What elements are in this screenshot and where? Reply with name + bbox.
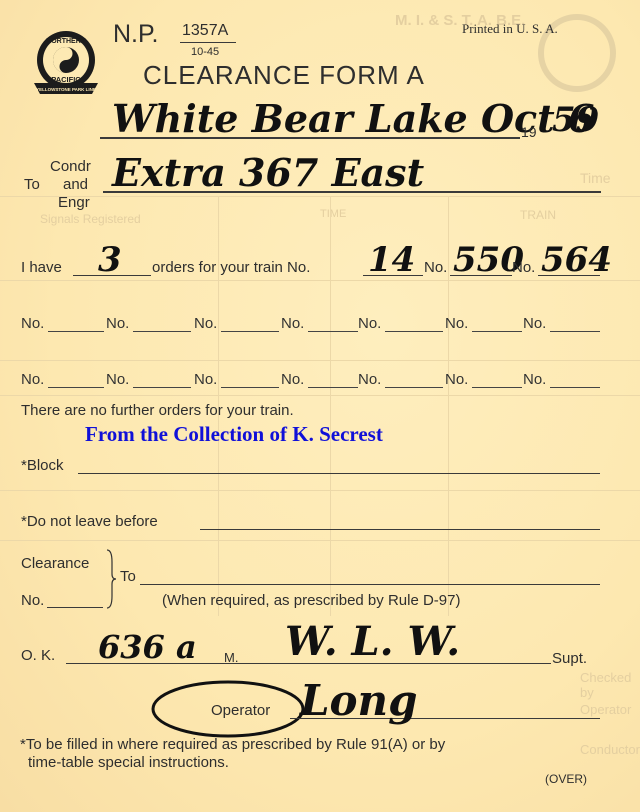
form-title: CLEARANCE FORM A: [143, 60, 425, 91]
clearance-no-label: No.: [21, 592, 44, 609]
order-blank[interactable]: [550, 331, 600, 332]
brace-icon: [104, 548, 118, 610]
no-label: No.: [281, 371, 304, 388]
ghost-train: TRAIN: [520, 208, 556, 222]
no-label: No.: [21, 371, 44, 388]
rule-d97-note: (When required, as prescribed by Rule D-…: [162, 592, 460, 609]
no-label: No.: [445, 371, 468, 388]
block-label: *Block: [21, 457, 64, 474]
order-blank[interactable]: [550, 387, 600, 388]
order-blank[interactable]: [133, 331, 191, 332]
ok-label: O. K.: [21, 647, 55, 664]
order-blank[interactable]: [221, 387, 279, 388]
svg-text:YELLOWSTONE PARK LINE: YELLOWSTONE PARK LINE: [36, 87, 96, 92]
clearance-label: Clearance: [21, 555, 89, 572]
no-label: No.: [445, 315, 468, 332]
order-blank[interactable]: [385, 387, 443, 388]
operator-signature-handwritten[interactable]: Long: [300, 676, 417, 725]
order-blank[interactable]: [308, 387, 358, 388]
no-label: No.: [194, 371, 217, 388]
clearance-to-label: To: [120, 568, 136, 585]
ghost-checked: Checked by: [580, 670, 640, 700]
printed-in-usa: Printed in U. S. A.: [462, 21, 558, 37]
no-label: No.: [106, 371, 129, 388]
and-label: and: [63, 176, 88, 193]
order-blank[interactable]: [308, 331, 358, 332]
ghost-signals: Signals Registered: [40, 212, 141, 226]
year-prefix: 19: [521, 124, 537, 140]
no-label-2: No.: [424, 259, 447, 276]
supt-initials-handwritten[interactable]: W. L. W.: [285, 618, 460, 665]
no-label: No.: [21, 315, 44, 332]
no-label: No.: [106, 315, 129, 332]
operator-label: Operator: [211, 702, 270, 719]
footnote-line-1: *To be filled in where required as presc…: [20, 736, 445, 753]
no-label: No.: [281, 315, 304, 332]
form-date-code: 10-45: [191, 46, 219, 58]
do-not-leave-label: *Do not leave before: [21, 513, 158, 530]
northern-pacific-logo-icon: NORTHERN PACIFIC YELLOWSTONE PARK LINE: [30, 28, 102, 100]
over-label: (OVER): [545, 772, 587, 786]
form-number: 1357A: [182, 22, 228, 40]
collection-watermark: From the Collection of K. Secrest: [85, 422, 383, 447]
orders-for-train-label: orders for your train No.: [152, 259, 310, 276]
no-further-orders-text: There are no further orders for your tra…: [21, 402, 294, 419]
ghost-conductor: Conductor: [580, 742, 640, 757]
year-handwritten[interactable]: 59: [552, 100, 599, 140]
order-number-1-handwritten[interactable]: 14: [368, 240, 415, 280]
clearance-no-field[interactable]: [47, 607, 103, 608]
order-blank[interactable]: [385, 331, 443, 332]
engr-label: Engr: [58, 194, 90, 211]
no-label: No.: [523, 315, 546, 332]
order-blank[interactable]: [48, 331, 104, 332]
ok-time-handwritten[interactable]: 636 a: [98, 628, 197, 666]
block-field[interactable]: [78, 473, 600, 474]
footnote-line-2: time-table special instructions.: [28, 754, 229, 771]
clearance-to-field[interactable]: [140, 584, 600, 585]
order-count-handwritten[interactable]: 3: [98, 240, 122, 280]
svg-text:PACIFIC: PACIFIC: [51, 75, 81, 84]
order-blank[interactable]: [472, 387, 522, 388]
no-label: No.: [358, 315, 381, 332]
svg-text:NORTHERN: NORTHERN: [46, 38, 86, 45]
order-blank[interactable]: [472, 331, 522, 332]
condr-label: Condr: [50, 158, 91, 175]
to-handwritten[interactable]: Extra 367 East: [112, 150, 424, 195]
no-label-3: No.: [512, 259, 535, 276]
to-label: To: [24, 176, 40, 193]
no-label: No.: [194, 315, 217, 332]
form-prefix: N.P.: [113, 20, 158, 49]
order-blank[interactable]: [221, 331, 279, 332]
order-blank[interactable]: [133, 387, 191, 388]
order-blank[interactable]: [48, 387, 104, 388]
m-label: M.: [224, 650, 238, 665]
ghost-operator: Operator: [580, 702, 631, 717]
do-not-leave-field[interactable]: [200, 529, 600, 530]
no-label: No.: [358, 371, 381, 388]
order-number-3-handwritten[interactable]: 564: [541, 240, 612, 280]
ghost-time-label: Time: [580, 170, 611, 186]
no-label: No.: [523, 371, 546, 388]
ghost-time: TIME: [320, 208, 346, 220]
supt-label: Supt.: [552, 650, 587, 667]
i-have-label: I have: [21, 259, 62, 276]
clearance-form-paper: M. I. & S. T. A. B.E. Time TRAIN TIME Si…: [0, 0, 640, 812]
